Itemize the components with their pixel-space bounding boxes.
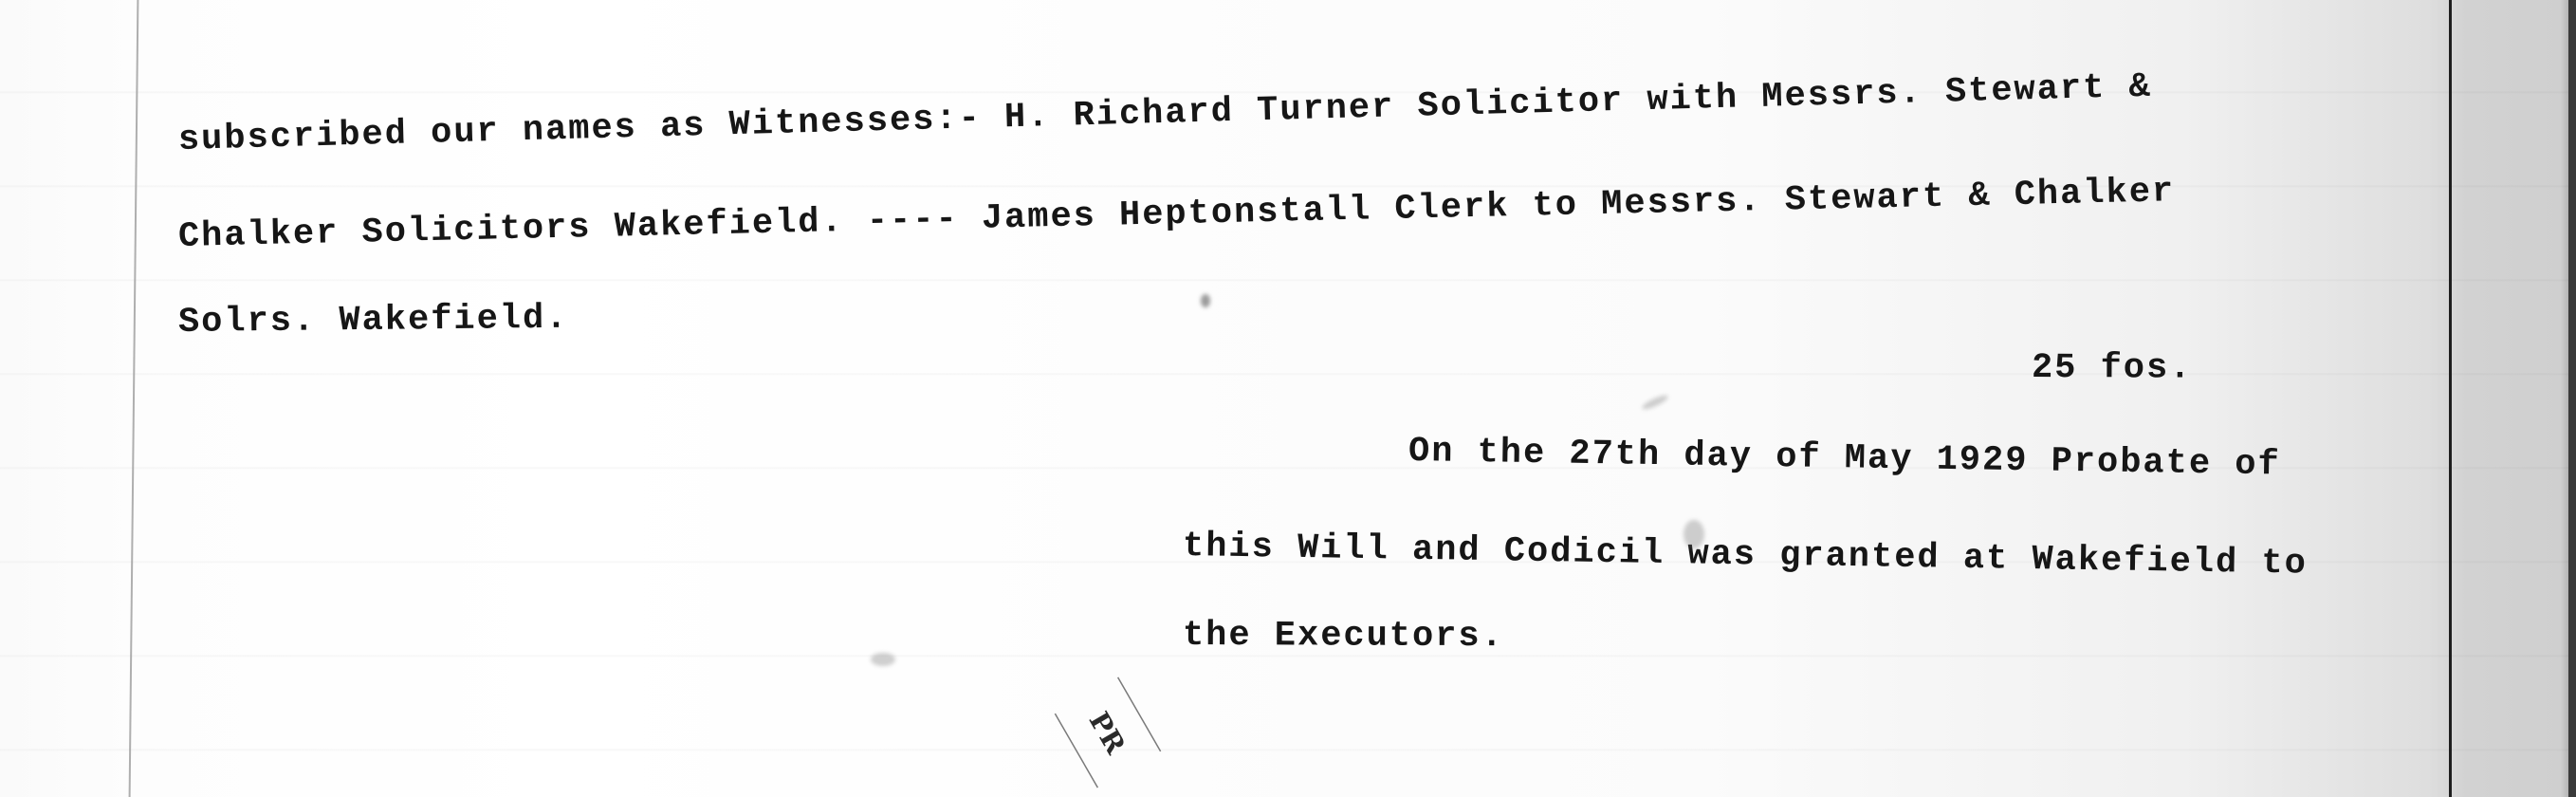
witness-line-1: subscribed our names as Witnesses:- H. R…: [177, 70, 2152, 158]
ink-speck: [1201, 294, 1210, 307]
probate-line-2: this Will and Codicil was granted at Wak…: [1183, 529, 2308, 583]
witness-line-2: Chalker Solicitors Wakefield. ---- James…: [178, 175, 2176, 255]
witness-line-3: Solrs. Wakefield.: [178, 302, 569, 341]
margin-initials-mark: PR: [1055, 677, 1162, 788]
right-margin-rule: [2449, 0, 2452, 797]
ink-smudge: [1684, 520, 1704, 548]
probate-line-3: the Executors.: [1183, 619, 1504, 655]
ink-streak: [1641, 393, 1670, 412]
probate-line-1: On the 27th day of May 1929 Probate of: [1408, 435, 2281, 483]
page-edge-shadow: [2568, 0, 2576, 797]
left-margin-rule: [129, 0, 139, 797]
scanned-document-page: subscribed our names as Witnesses:- H. R…: [0, 0, 2576, 797]
ink-smudge: [871, 653, 895, 666]
folio-count: 25 fos.: [2032, 351, 2193, 387]
